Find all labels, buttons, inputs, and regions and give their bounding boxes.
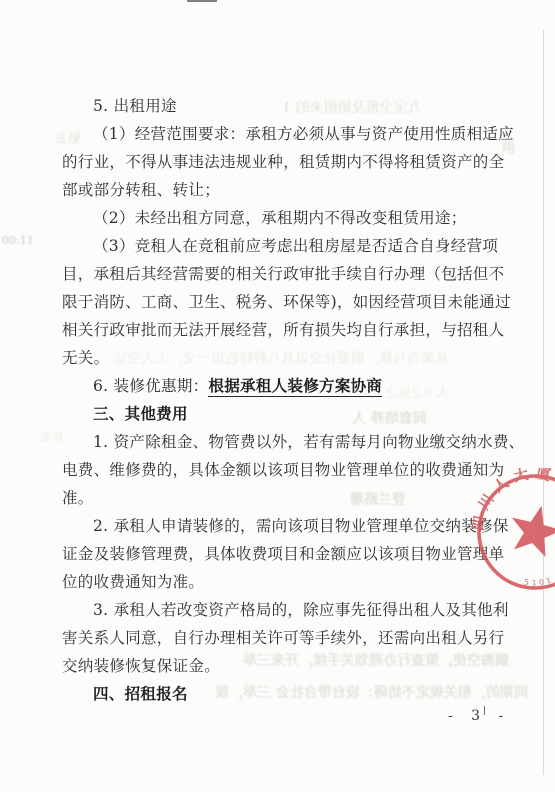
document-line: （2）未经出租方同意，承租期内不得改变租赁用途； xyxy=(62,204,502,232)
underlined-text: 根据承租人装修方案协商 xyxy=(208,376,382,397)
text-segment: 部或部分转租、转让； xyxy=(62,181,220,199)
text-segment: 1. 资产除租金、物管费以外，若有需每月向物业缴交纳水费、 xyxy=(93,433,524,451)
document-body: 5. 出租用途（1）经营范围要求：承租方必须从事与资产使用性质相适应的行业，不得… xyxy=(62,92,502,708)
text-segment: 相关行政审批而无法开展经营，所有损失均自行承担，与招租人 xyxy=(62,321,504,339)
text-segment: 三、其他费用 xyxy=(93,404,188,423)
document-line: 6. 装修优惠期：根据承租人装修方案协商 xyxy=(62,372,502,400)
text-segment: 害关系人同意，自行办理相关许可等手续外，还需向出租人另行 xyxy=(62,629,504,647)
text-segment: 的行业，不得从事违法违规业种，租赁期内不得将租赁资产的全 xyxy=(62,153,504,171)
text-segment: 位的收费通知为准。 xyxy=(62,573,204,591)
document-line: 1. 资产除租金、物管费以外，若有需每月向物业缴交纳水费、 xyxy=(62,428,502,456)
document-line: 三、其他费用 xyxy=(62,400,502,428)
company-seal-stamp: 四川人大厦有限责 5101 xyxy=(470,468,555,600)
document-line: 2. 承租人申请装修的，需向该项目物业管理单位交纳装修保 xyxy=(62,512,502,540)
document-line: （1）经营范围要求：承租方必须从事与资产使用性质相适应 xyxy=(62,120,502,148)
document-line: 四、招租报名 xyxy=(62,680,502,708)
document-line: 害关系人同意，自行办理相关许可等手续外，还需向出租人另行 xyxy=(62,624,502,652)
document-page: 九宝全班及销组来的 1之翔魁去00:11从来当马铁，捐爱社会以具八种特色语一文，… xyxy=(0,0,555,792)
document-line: （3）竞租人在竞租前应考虑出租房屋是否适合自身经营项 xyxy=(62,232,502,260)
text-segment: 准。 xyxy=(62,489,94,507)
bleedthrough-text: 补名 xyxy=(40,428,64,445)
text-segment: 电费、维修费的，具体金额以该项目物业管理单位的收费通知为 xyxy=(62,461,504,479)
document-line: 准。 xyxy=(62,484,502,512)
document-line: 无关。 xyxy=(62,344,502,372)
text-segment: 3. 承租人若改变资产格局的，除应事先征得出租人及其他利 xyxy=(93,601,509,619)
document-line: 相关行政审批而无法开展经营，所有损失均自行承担，与招租人 xyxy=(62,316,502,344)
bleedthrough-text: 00:11 xyxy=(2,234,34,247)
document-line: 5. 出租用途 xyxy=(62,92,502,120)
document-line: 位的收费通知为准。 xyxy=(62,568,502,596)
document-line: 部或部分转租、转让； xyxy=(62,176,502,204)
scan-artifact-right-edge xyxy=(543,30,544,775)
text-segment: （1）经营范围要求：承租方必须从事与资产使用性质相适应 xyxy=(93,125,514,143)
page-number: - 3 - xyxy=(448,708,510,724)
scan-artifact-top-line xyxy=(187,0,217,2)
document-line: 目，承租后其经营需要的相关行政审批手续自行办理（包括但不 xyxy=(62,260,502,288)
document-line: 限于消防、工商、卫生、税务、环保等)，如因经营项目未能通过 xyxy=(62,288,502,316)
document-line: 交纳装修恢复保证金。 xyxy=(62,652,502,680)
document-line: 电费、维修费的，具体金额以该项目物业管理单位的收费通知为 xyxy=(62,456,502,484)
document-line: 证金及装修管理费，具体收费项目和金额应以该项目物业管理单 xyxy=(62,540,502,568)
text-segment: 目，承租后其经营需要的相关行政审批手续自行办理（包括但不 xyxy=(62,265,504,283)
text-segment: 限于消防、工商、卫生、税务、环保等)，如因经营项目未能通过 xyxy=(62,293,511,311)
text-segment: 四、招租报名 xyxy=(93,684,188,703)
text-segment: 无关。 xyxy=(62,349,109,367)
text-segment: 5. 出租用途 xyxy=(93,97,177,115)
document-line: 的行业，不得从事违法违规业种，租赁期内不得将租赁资产的全 xyxy=(62,148,502,176)
document-line: 3. 承租人若改变资产格局的，除应事先征得出租人及其他利 xyxy=(62,596,502,624)
seal-serial-digits: 5101 xyxy=(523,568,555,593)
text-segment: （2）未经出租方同意，承租期内不得改变租赁用途； xyxy=(93,209,467,227)
svg-text:5101: 5101 xyxy=(523,568,555,593)
text-segment: 6. 装修优惠期： xyxy=(93,377,208,395)
seal-star xyxy=(505,500,555,560)
text-segment: （3）竞租人在竞租前应考虑出租房屋是否适合自身经营项 xyxy=(93,237,498,255)
text-segment: 证金及装修管理费，具体收费项目和金额应以该项目物业管理单 xyxy=(62,545,504,563)
text-segment: 2. 承租人申请装修的，需向该项目物业管理单位交纳装修保 xyxy=(93,517,509,535)
text-segment: 交纳装修恢复保证金。 xyxy=(62,657,220,675)
